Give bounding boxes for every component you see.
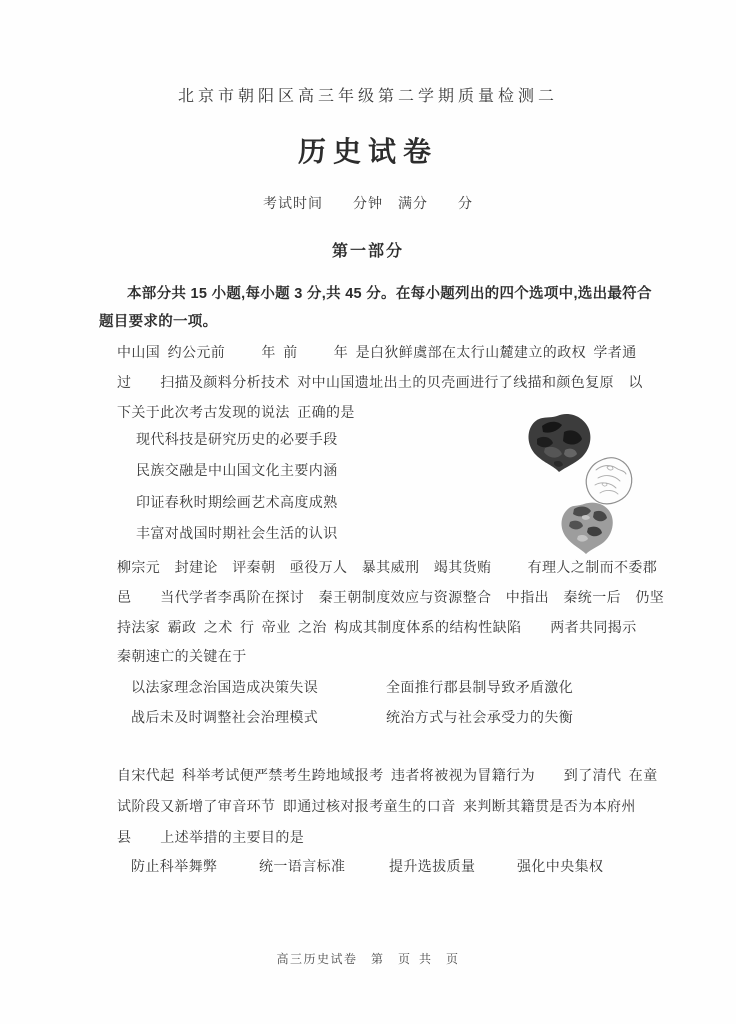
section-instructions-line-1: 本部分共 15 小题,每小题 3 分,共 45 分。在每小题列出的四个选项中,选… <box>127 286 652 303</box>
question-3-option-d: 强化中央集权 <box>517 860 603 876</box>
question-2-line-4: 秦朝速亡的关键在于 <box>117 650 247 666</box>
exam-main-title: 历史试卷 <box>0 136 736 168</box>
exam-paper-page: 北京市朝阳区高三年级第二学期质量检测二 历史试卷 考试时间 分钟 满分 分 第一… <box>0 0 736 1024</box>
question-1-option-d: 丰富对战国时期社会生活的认识 <box>136 527 338 543</box>
question-3-option-a: 防止科举舞弊 <box>131 860 217 876</box>
question-2-option-b: 全面推行郡县制导致矛盾激化 <box>386 681 573 697</box>
question-2-line-3: 持法家 霸政 之术 行 帝业 之治 构成其制度体系的结构性缺陷 两者共同揭示 <box>117 621 637 637</box>
question-1-line-3: 下关于此次考古发现的说法 正确的是 <box>117 406 355 422</box>
section-instructions-line-2: 题目要求的一项。 <box>99 314 217 331</box>
question-3-line-3: 县 上述举措的主要目的是 <box>117 831 304 847</box>
page-footer: 高三历史试卷 第 页 共 页 <box>0 953 736 967</box>
question-2-option-c: 战后未及时调整社会治理模式 <box>131 711 318 727</box>
dark-mottled-shell-icon <box>529 414 591 472</box>
question-3-line-1: 自宋代起 科举考试便严禁考生跨地域报考 违者将被视为冒籍行为 到了清代 在童 <box>117 769 658 785</box>
question-1-line-1: 中山国 约公元前 年 前 年 是白狄鲜虞部在太行山麓建立的政权 学者通 <box>117 346 637 362</box>
question-1-option-a: 现代科技是研究历史的必要手段 <box>136 433 338 449</box>
question-1-line-2: 过 扫描及颜料分析技术 对中山国遗址出土的贝壳画进行了线描和颜色复原 以 <box>117 376 643 392</box>
question-2-line-1: 柳宗元 封建论 评秦朝 亟役万人 暴其威刑 竭其货贿 有理人之制而不委郡 <box>117 561 657 577</box>
question-2-option-d: 统治方式与社会承受力的失衡 <box>386 711 573 727</box>
outline-sketch-shell-icon <box>586 458 632 504</box>
question-3-line-2: 试阶段又新增了审音环节 即通过核对报考童生的口音 来判断其籍贯是否为本府州 <box>117 800 636 816</box>
gray-mottled-shell-icon <box>562 503 613 554</box>
exam-header-title: 北京市朝阳区高三年级第二学期质量检测二 <box>0 88 736 106</box>
question-2-option-a: 以法家理念治国造成决策失误 <box>131 681 318 697</box>
question-3-option-c: 提升选拔质量 <box>389 860 475 876</box>
question-3-option-b: 统一语言标准 <box>259 860 345 876</box>
exam-time-score-info: 考试时间 分钟 满分 分 <box>0 197 736 213</box>
shell-painting-figure <box>512 404 642 554</box>
question-1-option-b: 民族交融是中山国文化主要内涵 <box>136 464 338 480</box>
question-2-line-2: 邑 当代学者李禹阶在探讨 秦王朝制度效应与资源整合 中指出 秦统一后 仍坚 <box>117 591 664 607</box>
section-one-heading: 第一部分 <box>0 243 736 261</box>
question-1-option-c: 印证春秋时期绘画艺术高度成熟 <box>136 496 338 512</box>
